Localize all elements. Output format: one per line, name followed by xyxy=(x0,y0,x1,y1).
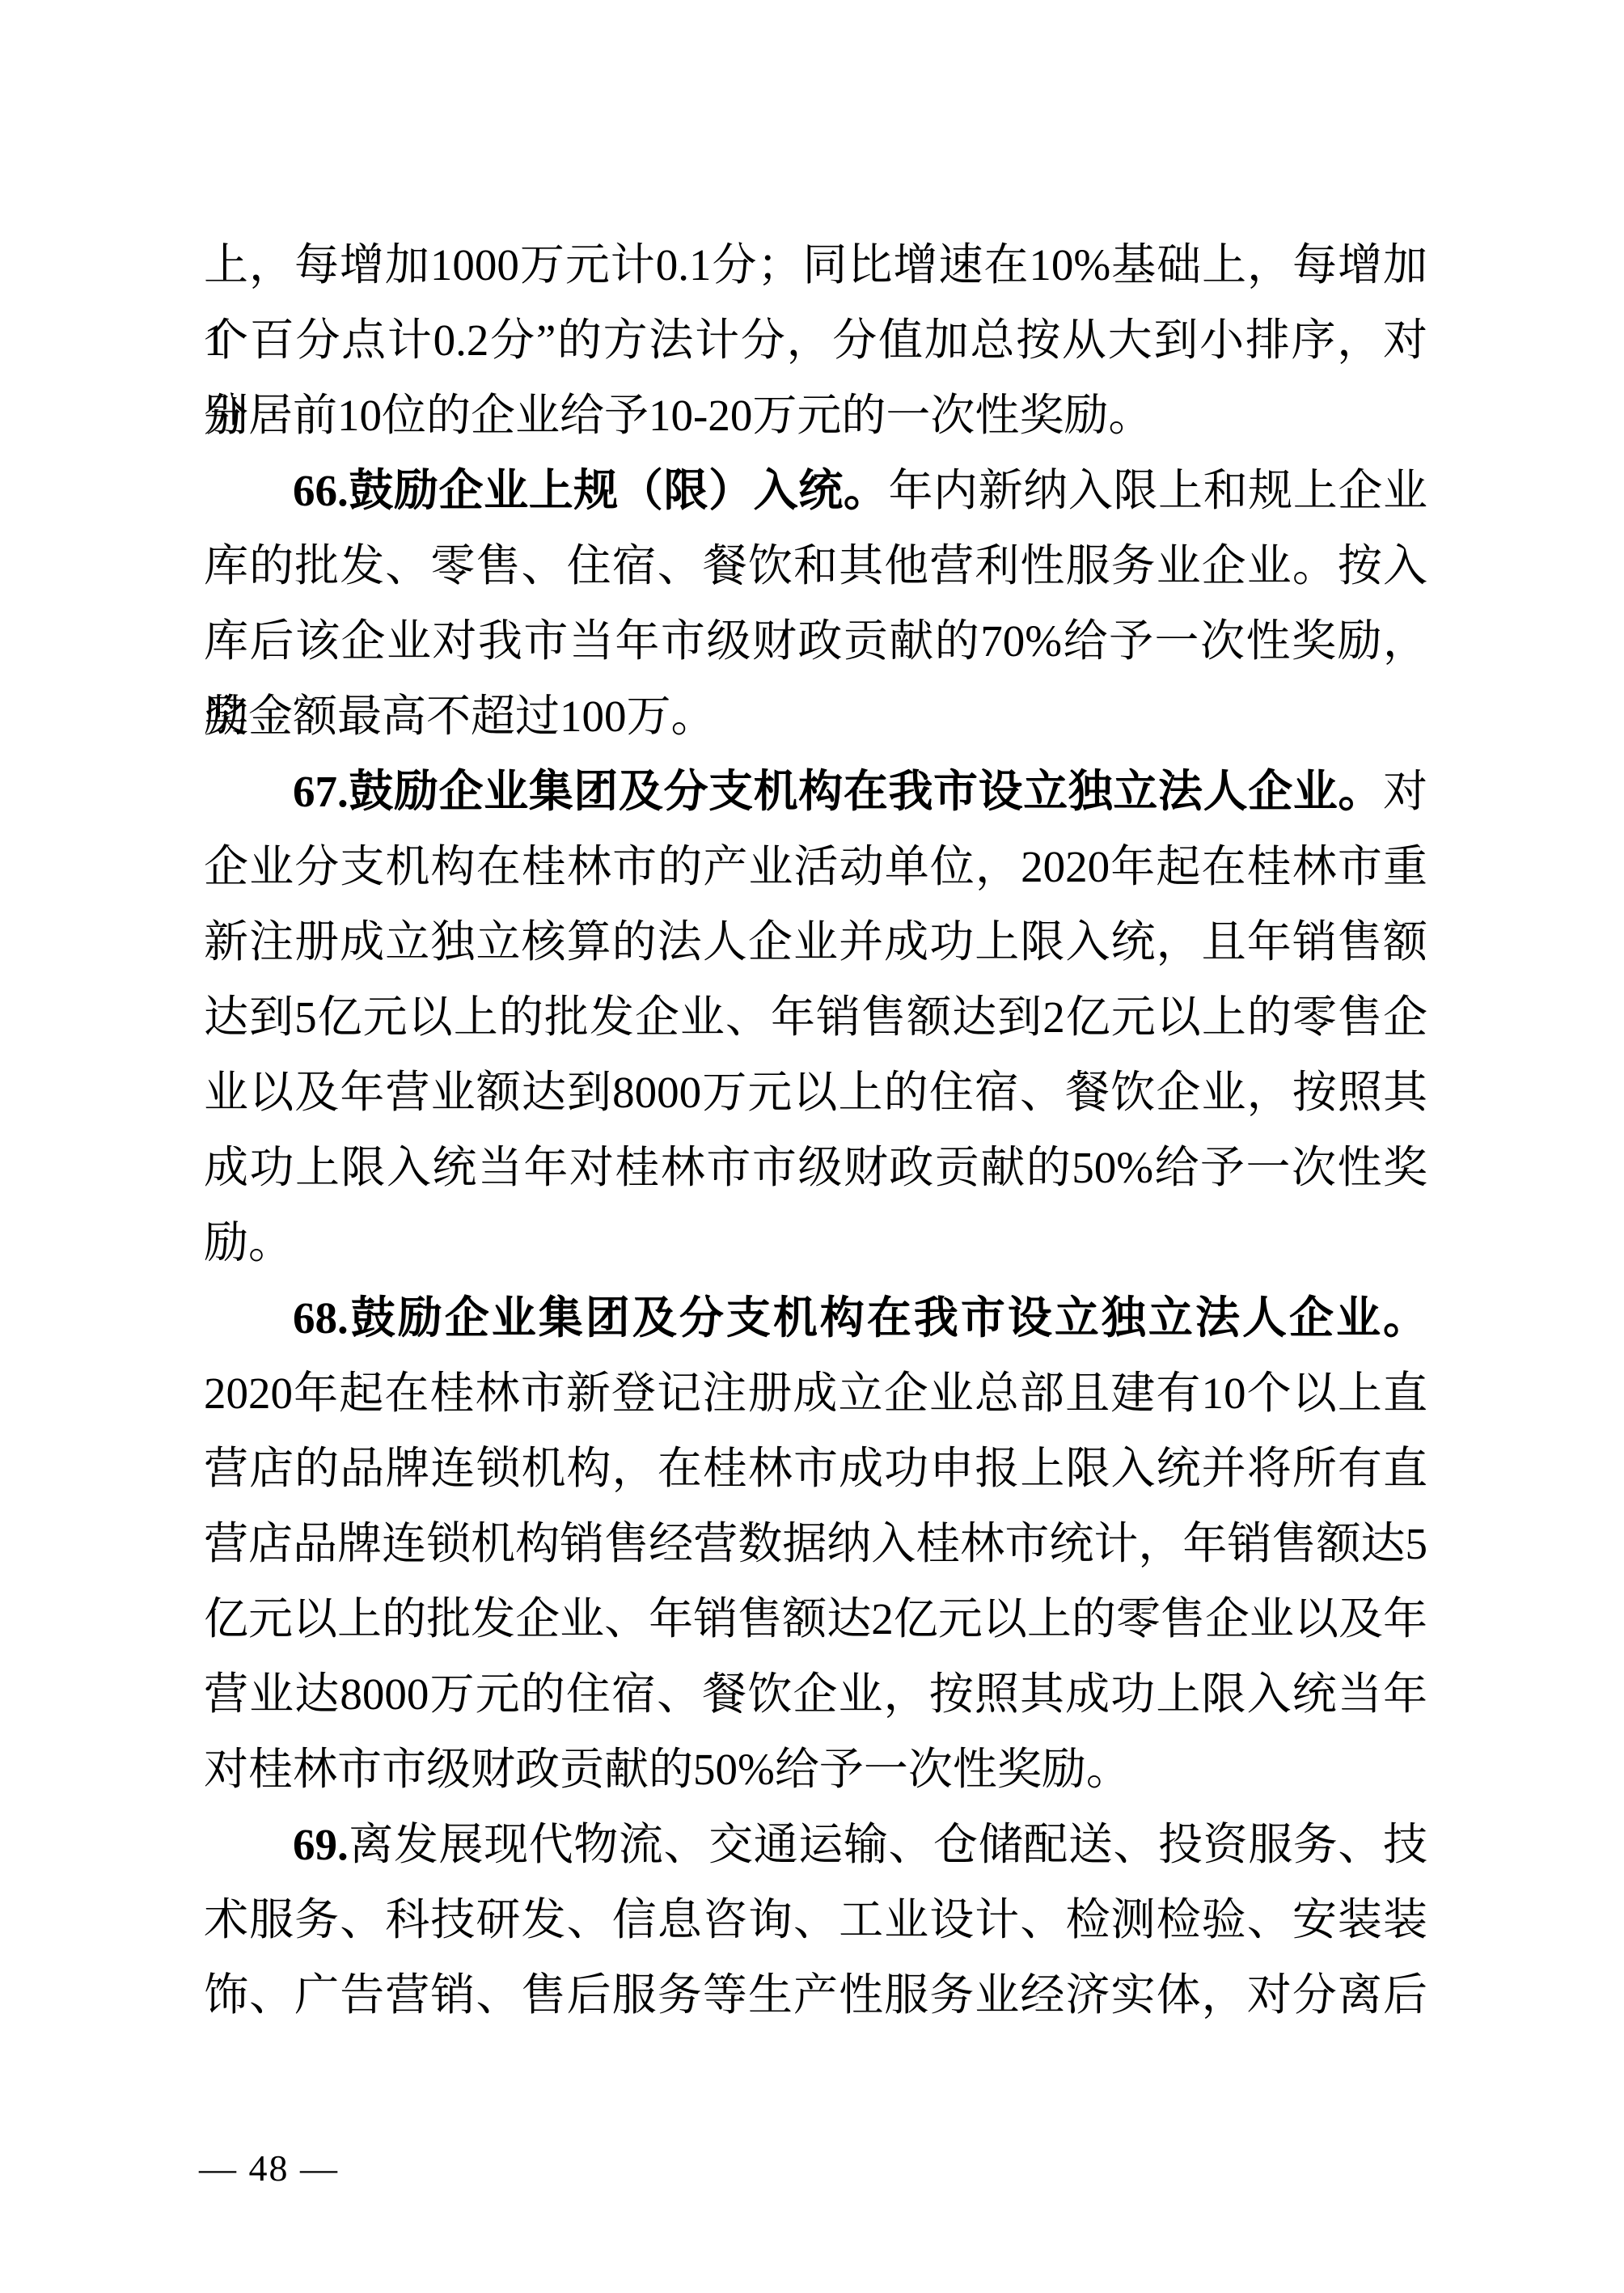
text-run: 成功上限入统当年对桂林市市级财政贡献的50%给予一次性奖 xyxy=(204,1143,1427,1192)
text-run: 营店品牌连锁机构销售经营数据纳入桂林市统计，年销售额达5 xyxy=(204,1519,1427,1568)
text-run: 营业达8000万元的住宿、餐饮企业，按照其成功上限入统当年 xyxy=(204,1669,1427,1719)
text-line: 新注册成立独立核算的法人企业并成功上限入统，且年销售额 xyxy=(204,904,1427,979)
text-line: 69.离发展现代物流、交通运输、仓储配送、投资服务、技 xyxy=(204,1807,1427,1882)
text-line: 66.鼓励企业上规（限）入统。年内新纳入限上和规上企业 xyxy=(204,453,1427,528)
text-run: 别居前10位的企业给予10-20万元的一次性奖励。 xyxy=(204,391,1152,440)
text-line: 励金额最高不超过100万。 xyxy=(204,679,1427,754)
text-line: 别居前10位的企业给予10-20万元的一次性奖励。 xyxy=(204,378,1427,453)
text-run: 励金额最高不超过100万。 xyxy=(204,692,716,741)
text-run: 亿元以上的批发企业、年销售额达2亿元以上的零售企业以及年 xyxy=(204,1594,1427,1644)
text-line: 对桂林市市级财政贡献的50%给予一次性奖励。 xyxy=(204,1732,1427,1807)
text-line: 68.鼓励企业集团及分支机构在我市设立独立法人企业。 xyxy=(204,1280,1427,1356)
text-line: 术服务、科技研发、信息咨询、工业设计、检测检验、安装装 xyxy=(204,1882,1427,1957)
text-run: 对桂林市市级财政贡献的50%给予一次性奖励。 xyxy=(204,1745,1131,1794)
document-page: 上，每增加1000万元计0.1分；同比增速在10%基础上，每增加1个百分点计0.… xyxy=(0,0,1624,2293)
text-block: 上，每增加1000万元计0.1分；同比增速在10%基础上，每增加1个百分点计0.… xyxy=(204,227,1427,2033)
text-line: 企业分支机构在桂林市的产业活动单位，2020年起在桂林市重 xyxy=(204,829,1427,904)
text-run: 新注册成立独立核算的法人企业并成功上限入统，且年销售额 xyxy=(204,917,1427,967)
text-line: 达到5亿元以上的批发企业、年销售额达到2亿元以上的零售企 xyxy=(204,979,1427,1055)
text-line: 上，每增加1000万元计0.1分；同比增速在10%基础上，每增加1 xyxy=(204,227,1427,302)
text-run: 年内新纳入限上和规上企业 xyxy=(888,466,1427,515)
text-line: 营业达8000万元的住宿、餐饮企业，按照其成功上限入统当年 xyxy=(204,1656,1427,1732)
text-run: 企业分支机构在桂林市的产业活动单位，2020年起在桂林市重 xyxy=(204,842,1427,891)
text-run: 饰、广告营销、售后服务等生产性服务业经济实体，对分离后 xyxy=(204,1970,1427,2020)
text-run: 离发展现代物流、交通运输、仓储配送、投资服务、技 xyxy=(349,1820,1427,1869)
text-line: 亿元以上的批发企业、年销售额达2亿元以上的零售企业以及年 xyxy=(204,1581,1427,1656)
text-line: 成功上限入统当年对桂林市市级财政贡献的50%给予一次性奖 xyxy=(204,1130,1427,1205)
text-line: 库后该企业对我市当年市级财政贡献的70%给予一次性奖励，奖 xyxy=(204,603,1427,679)
text-line: 饰、广告营销、售后服务等生产性服务业经济实体，对分离后 xyxy=(204,1957,1427,2033)
text-line: 2020年起在桂林市新登记注册成立企业总部且建有10个以上直 xyxy=(204,1356,1427,1431)
text-run: 营店的品牌连锁机构，在桂林市成功申报上限入统并将所有直 xyxy=(204,1444,1427,1493)
text-run: 业以及年营业额达到8000万元以上的住宿、餐饮企业，按照其 xyxy=(204,1068,1427,1117)
heading-run: 67.鼓励企业集团及分支机构在我市设立独立法人企业。 xyxy=(293,767,1383,816)
heading-run: 68.鼓励企业集团及分支机构在我市设立独立法人企业。 xyxy=(293,1293,1427,1343)
text-line: 营店品牌连锁机构销售经营数据纳入桂林市统计，年销售额达5 xyxy=(204,1506,1427,1581)
page-number: — 48 — xyxy=(199,2143,339,2194)
text-run: 对 xyxy=(1383,767,1427,816)
text-run: 术服务、科技研发、信息咨询、工业设计、检测检验、安装装 xyxy=(204,1895,1427,1944)
text-line: 营店的品牌连锁机构，在桂林市成功申报上限入统并将所有直 xyxy=(204,1431,1427,1506)
text-line: 个百分点计0.2分”的方法计分，分值加总按从大到小排序，对分 xyxy=(204,302,1427,378)
text-line: 67.鼓励企业集团及分支机构在我市设立独立法人企业。对 xyxy=(204,754,1427,829)
heading-run: 69. xyxy=(293,1820,349,1869)
text-line: 励。 xyxy=(204,1205,1427,1280)
text-run: 库的批发、零售、住宿、餐饮和其他营利性服务业企业。按入 xyxy=(204,541,1427,590)
heading-run: 66.鼓励企业上规（限）入统。 xyxy=(293,466,888,515)
text-line: 业以及年营业额达到8000万元以上的住宿、餐饮企业，按照其 xyxy=(204,1055,1427,1130)
text-line: 库的批发、零售、住宿、餐饮和其他营利性服务业企业。按入 xyxy=(204,528,1427,603)
text-run: 2020年起在桂林市新登记注册成立企业总部且建有10个以上直 xyxy=(204,1369,1427,1418)
text-run: 达到5亿元以上的批发企业、年销售额达到2亿元以上的零售企 xyxy=(204,992,1427,1042)
text-run: 励。 xyxy=(204,1218,293,1267)
